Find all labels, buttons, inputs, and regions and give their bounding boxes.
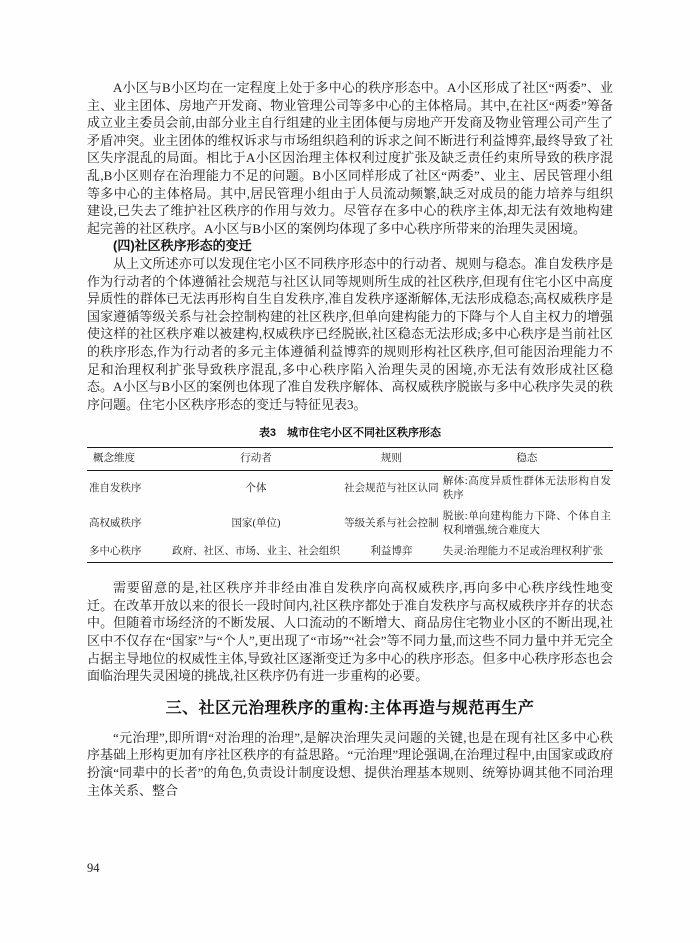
cell-actor: 国家(单位) bbox=[170, 506, 342, 541]
paragraph-metagovernance: “元治理”,即所谓“对治理的治理”,是解决治理失灵问题的关键,也是在现有社区多中… bbox=[87, 729, 613, 799]
subsection-heading: (四)社区秩序形态的变迁 bbox=[87, 237, 613, 255]
table-row: 准自发秩序 个体 社会规范与社区认同 解体:高度异质性群体无法形构自发秩序 bbox=[87, 471, 613, 507]
paragraph-order-transition: 需要留意的是,社区秩序并非经由准自发秩序向高权威秩序,再向多中心秩序线性地变迁。… bbox=[87, 579, 613, 685]
cell-concept: 准自发秩序 bbox=[87, 471, 170, 507]
header-actor: 行动者 bbox=[170, 448, 342, 471]
table-community-order-forms: 概念维度 行动者 规则 稳态 准自发秩序 个体 社会规范与社区认同 解体:高度异… bbox=[87, 447, 613, 563]
paragraph-case-description: A小区与B小区均在一定程度上处于多中心的秩序形态中。A小区形成了社区“两委”、业… bbox=[87, 79, 613, 237]
cell-rule: 等级关系与社会控制 bbox=[342, 506, 441, 541]
cell-rule: 社会规范与社区认同 bbox=[342, 471, 441, 507]
table-header-row: 概念维度 行动者 规则 稳态 bbox=[87, 448, 613, 471]
cell-concept: 高权威秩序 bbox=[87, 506, 170, 541]
table-3-block: 表3 城市住宅小区不同社区秩序形态 概念维度 行动者 规则 稳态 bbox=[87, 424, 613, 563]
header-rule: 规则 bbox=[342, 448, 441, 471]
cell-rule: 利益博弈 bbox=[342, 541, 441, 563]
page-content: A小区与B小区均在一定程度上处于多中心的秩序形态中。A小区形成了社区“两委”、业… bbox=[87, 79, 613, 799]
cell-actor: 政府、社区、市场、业主、社会组织 bbox=[170, 541, 342, 563]
page-number: 94 bbox=[87, 861, 100, 876]
section-heading: 三、社区元治理秩序的重构:主体再造与规范再生产 bbox=[87, 698, 613, 720]
table-row: 多中心秩序 政府、社区、市场、业主、社会组织 利益博弈 失灵:治理能力不足或治理… bbox=[87, 541, 613, 563]
table-row: 高权威秩序 国家(单位) 等级关系与社会控制 脱嵌:单向建构能力下降、个体自主权… bbox=[87, 506, 613, 541]
paragraph-order-forms: 从上文所述亦可以发现住宅小区不同秩序形态中的行动者、规则与稳态。准自发秩序是作为… bbox=[87, 255, 613, 413]
cell-stable-state: 解体:高度异质性群体无法形构自发秩序 bbox=[441, 471, 613, 507]
header-stable-state: 稳态 bbox=[441, 448, 613, 471]
cell-stable-state: 脱嵌:单向建构能力下降、个体自主权利增强,统合难度大 bbox=[441, 506, 613, 541]
cell-stable-state: 失灵:治理能力不足或治理权利扩张 bbox=[441, 541, 613, 563]
paper-page: A小区与B小区均在一定程度上处于多中心的秩序形态中。A小区形成了社区“两委”、业… bbox=[0, 0, 700, 943]
header-concept-dimension: 概念维度 bbox=[87, 448, 170, 471]
cell-concept: 多中心秩序 bbox=[87, 541, 170, 563]
table-caption: 表3 城市住宅小区不同社区秩序形态 bbox=[87, 424, 613, 440]
cell-actor: 个体 bbox=[170, 471, 342, 507]
